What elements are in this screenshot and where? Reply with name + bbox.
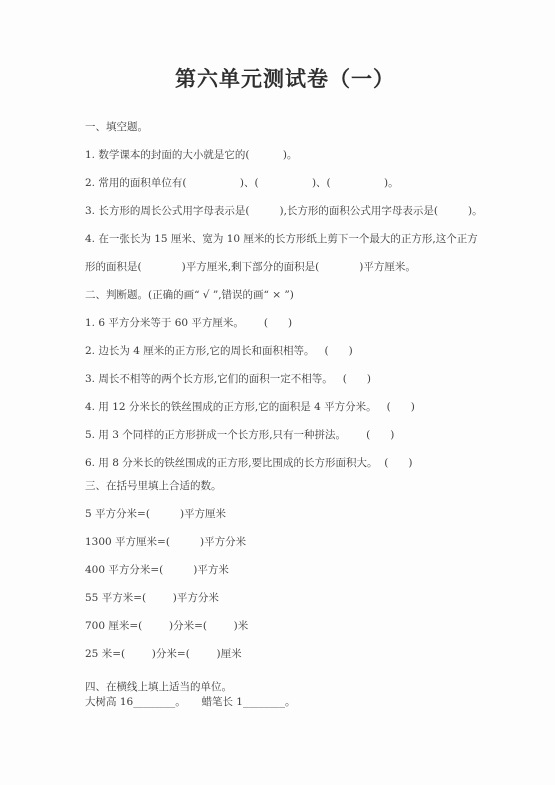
fill-blank-question-1: 1. 数学课本的封面的大小就是它的( )。 [85, 141, 485, 169]
section-choose-units: 四、在横线上填上适当的单位。 大树高 16________。 蜡笔长 1____… [85, 680, 485, 710]
section-true-false-heading: 二、判断题。(正确的画“ √ ”,错误的画“ × ”) [85, 281, 485, 309]
conversion-question-4: 55 平方米=( )平方分米 [85, 584, 485, 612]
section-choose-units-heading: 四、在横线上填上适当的单位。 [85, 680, 485, 695]
conversion-question-2: 1300 平方厘米=( )平方分米 [85, 528, 485, 556]
conversion-question-6: 25 米=( )分米=( )厘米 [85, 640, 485, 668]
conversion-question-1: 5 平方分米=( )平方厘米 [85, 500, 485, 528]
fill-blank-question-3: 3. 长方形的周长公式用字母表示是( ),长方形的面积公式用字母表示是( )。 [85, 197, 485, 225]
choose-units-question-1: 大树高 16________。 蜡笔长 1________。 [85, 695, 485, 710]
conversion-question-5: 700 厘米=( )分米=( )米 [85, 612, 485, 640]
page-title: 第六单元测试卷（一） [85, 66, 485, 92]
conversion-question-3: 400 平方分米=( )平方米 [85, 556, 485, 584]
section-fill-blanks: 一、填空题。 1. 数学课本的封面的大小就是它的( )。 2. 常用的面积单位有… [85, 113, 485, 281]
true-false-question-2: 2. 边长为 4 厘米的正方形,它的周长和面积相等。 ( ) [85, 337, 485, 365]
section-unit-conversion: 三、在括号里填上合适的数。 5 平方分米=( )平方厘米 1300 平方厘米=(… [85, 472, 485, 668]
true-false-question-3: 3. 周长不相等的两个长方形,它们的面积一定不相等。 ( ) [85, 365, 485, 393]
section-true-false: 二、判断题。(正确的画“ √ ”,错误的画“ × ”) 1. 6 平方分米等于 … [85, 281, 485, 477]
test-paper-page: 第六单元测试卷（一） 一、填空题。 1. 数学课本的封面的大小就是它的( )。 … [0, 0, 555, 785]
true-false-question-1: 1. 6 平方分米等于 60 平方厘米。 ( ) [85, 309, 485, 337]
true-false-question-5: 5. 用 3 个同样的正方形拼成一个长方形,只有一种拼法。 ( ) [85, 421, 485, 449]
fill-blank-question-2: 2. 常用的面积单位有( )、( )、( )。 [85, 169, 485, 197]
true-false-question-4: 4. 用 12 分米长的铁丝围成的正方形,它的面积是 4 平方分米。 ( ) [85, 393, 485, 421]
section-fill-blanks-heading: 一、填空题。 [85, 113, 485, 141]
fill-blank-question-4: 4. 在一张长为 15 厘米、宽为 10 厘米的长方形纸上剪下一个最大的正方形,… [85, 225, 485, 281]
